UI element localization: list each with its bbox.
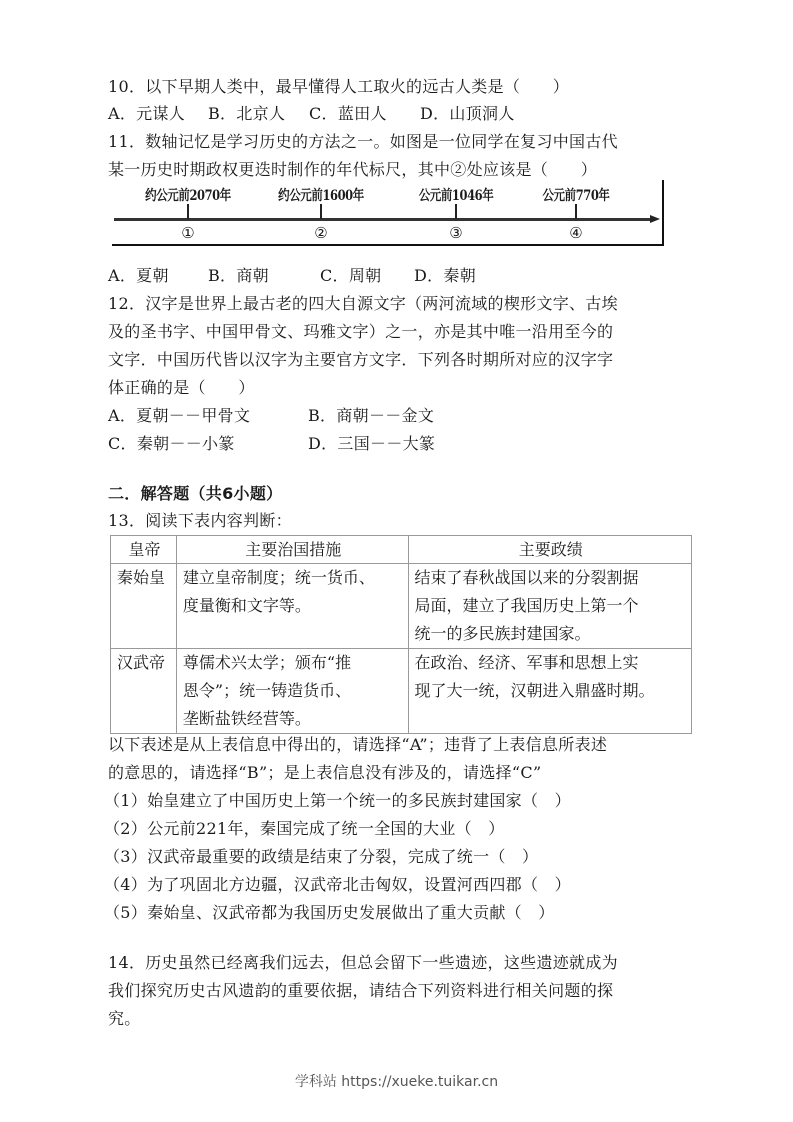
q13-item-2: （2）公元前221年，秦国完成了统一全国的大业（ ） bbox=[104, 819, 505, 839]
timeline-label-2: 约公元前1600年 bbox=[278, 185, 364, 205]
timeline-figure: 约公元前2070年 ① 约公元前1600年 ② 公元前1046年 ③ 公元前77… bbox=[112, 180, 664, 246]
table-cell-achievements: 在政治、经济、军事和思想上实 现了大一统，汉朝进入鼎盛时期。 bbox=[408, 649, 692, 734]
q10-option-b: B．北京人 bbox=[208, 104, 309, 124]
q11-stem-line-2: 某一历史时期政权更迭时制作的年代标尺，其中②处应该是（ ） bbox=[108, 160, 597, 180]
q13-instruction-line-2: 的意思的，请选择“B”；是上表信息没有涉及的，请选择“C” bbox=[108, 763, 541, 783]
table-cell-measures: 尊儒术兴太学；颁布“推 恩令”；统一铸造货币、 垄断盐铁经营等。 bbox=[176, 649, 408, 734]
q12-option-b: B．商朝－－金文 bbox=[308, 406, 434, 426]
q11-stem-line-1: 11．数轴记忆是学习历史的方法之一。如图是一位同学在复习中国古代 bbox=[108, 132, 618, 152]
measure-line: 建立皇帝制度；统一货币、 bbox=[183, 564, 404, 592]
figure-border-right bbox=[662, 180, 664, 246]
achievement-line: 结束了春秋战国以来的分裂割据 bbox=[415, 564, 688, 592]
q14-stem-line-1: 14．历史虽然已经离我们远去，但总会留下一些遗迹，这些遗迹就成为 bbox=[108, 953, 618, 973]
q12-stem-line-4: 体正确的是（ ） bbox=[108, 378, 255, 398]
q12-options-row-1: A．夏朝－－甲骨文B．商朝－－金文 bbox=[108, 406, 434, 426]
timeline-label-3: 公元前1046年 bbox=[419, 185, 494, 205]
timeline-marker-3: ③ bbox=[449, 224, 462, 242]
q12-option-c: C．秦朝－－小篆 bbox=[108, 434, 308, 454]
q12-stem-line-1: 12．汉字是世界上最古老的四大自源文字（两河流域的楔形文字、古埃 bbox=[108, 294, 618, 314]
q11-option-a: A．夏朝 bbox=[108, 266, 208, 286]
achievement-line: 在政治、经济、军事和思想上实 bbox=[415, 649, 688, 677]
achievement-line: 现了大一统，汉朝进入鼎盛时期。 bbox=[415, 677, 688, 705]
q13-item-5: （5）秦始皇、汉武帝都为我国历史发展做出了重大贡献（ ） bbox=[104, 903, 555, 923]
q11-option-d: D．秦朝 bbox=[414, 266, 476, 286]
table-cell-achievements: 结束了春秋战国以来的分裂割据 局面，建立了我国历史上第一个 统一的多民族封建国家… bbox=[408, 564, 692, 649]
emperor-table: 皇帝 主要治国措施 主要政绩 秦始皇 建立皇帝制度；统一货币、 度量衡和文字等。… bbox=[110, 535, 692, 734]
q14-stem-line-3: 究。 bbox=[108, 1009, 141, 1029]
table-row: 秦始皇 建立皇帝制度；统一货币、 度量衡和文字等。 结束了春秋战国以来的分裂割据… bbox=[111, 564, 692, 649]
table-row: 汉武帝 尊儒术兴太学；颁布“推 恩令”；统一铸造货币、 垄断盐铁经营等。 在政治… bbox=[111, 649, 692, 734]
q11-options: A．夏朝B．商朝C．周朝D．秦朝 bbox=[108, 266, 476, 286]
q10-option-c: C．蓝田人 bbox=[309, 104, 420, 124]
achievement-line: 统一的多民族封建国家。 bbox=[415, 620, 688, 648]
q10-option-a: A．元谋人 bbox=[108, 104, 208, 124]
table-cell-emperor: 汉武帝 bbox=[111, 649, 177, 734]
q10-option-d: D．山顶洞人 bbox=[420, 104, 515, 124]
q12-stem-line-2: 及的圣书字、中国甲骨文、玛雅文字）之一，亦是其中唯一沿用至今的 bbox=[108, 322, 613, 342]
footer-watermark: 学科站 https://xueke.tuikar.cn bbox=[0, 1071, 793, 1091]
measure-line: 尊儒术兴太学；颁布“推 bbox=[183, 649, 404, 677]
measure-line: 度量衡和文字等。 bbox=[183, 592, 404, 620]
timeline-axis bbox=[114, 218, 652, 221]
section-title: 二．解答题（共6小题） bbox=[108, 484, 282, 504]
measure-line: 垄断盐铁经营等。 bbox=[183, 705, 404, 733]
q12-stem-line-3: 文字．中国历代皆以汉字为主要官方文字．下列各时期所对应的汉字字 bbox=[108, 350, 613, 370]
table-header-measures: 主要治国措施 bbox=[176, 536, 408, 564]
table-header-emperor: 皇帝 bbox=[111, 536, 177, 564]
table-cell-measures: 建立皇帝制度；统一货币、 度量衡和文字等。 bbox=[176, 564, 408, 649]
q13-item-4: （4）为了巩固北方边疆，汉武帝北击匈奴，设置河西四郡（ ） bbox=[104, 875, 571, 895]
arrow-right-icon bbox=[650, 215, 660, 223]
q13-item-3: （3）汉武帝最重要的政绩是结束了分裂，完成了统一（ ） bbox=[104, 847, 538, 867]
table-cell-emperor: 秦始皇 bbox=[111, 564, 177, 649]
timeline-tick-3 bbox=[455, 204, 457, 219]
q10-options: A．元谋人B．北京人C．蓝田人D．山顶洞人 bbox=[108, 104, 515, 124]
table-header-achievements: 主要政绩 bbox=[408, 536, 692, 564]
q11-option-b: B．商朝 bbox=[208, 266, 320, 286]
q13-stem: 13．阅读下表内容判断： bbox=[108, 511, 292, 531]
timeline-tick-1 bbox=[187, 204, 189, 219]
q13-instruction-line-1: 以下表述是从上表信息中得出的，请选择“A”；违背了上表信息所表述 bbox=[108, 735, 607, 755]
q11-option-c: C．周朝 bbox=[320, 266, 414, 286]
measure-line: 恩令”；统一铸造货币、 bbox=[183, 677, 404, 705]
achievement-line: 局面，建立了我国历史上第一个 bbox=[415, 592, 688, 620]
timeline-marker-1: ① bbox=[181, 224, 194, 242]
q14-stem-line-2: 我们探究历史古风遗韵的重要依据，请结合下列资料进行相关问题的探 bbox=[108, 981, 613, 1001]
timeline-marker-2: ② bbox=[314, 224, 327, 242]
timeline-marker-4: ④ bbox=[569, 224, 582, 242]
figure-border-bottom bbox=[112, 244, 664, 246]
table-header-row: 皇帝 主要治国措施 主要政绩 bbox=[111, 536, 692, 564]
timeline-tick-2 bbox=[320, 204, 322, 219]
timeline-label-1: 约公元前2070年 bbox=[145, 185, 231, 205]
timeline-tick-4 bbox=[575, 204, 577, 219]
q12-option-a: A．夏朝－－甲骨文 bbox=[108, 406, 308, 426]
q13-item-1: （1）始皇建立了中国历史上第一个统一的多民族封建国家（ ） bbox=[104, 791, 571, 811]
q10-stem: 10．以下早期人类中，最早懂得人工取火的远古人类是（ ） bbox=[108, 77, 569, 97]
timeline-label-4: 公元前770年 bbox=[542, 185, 609, 205]
q12-option-d: D．三国－－大篆 bbox=[308, 434, 435, 454]
q12-options-row-2: C．秦朝－－小篆D．三国－－大篆 bbox=[108, 434, 435, 454]
